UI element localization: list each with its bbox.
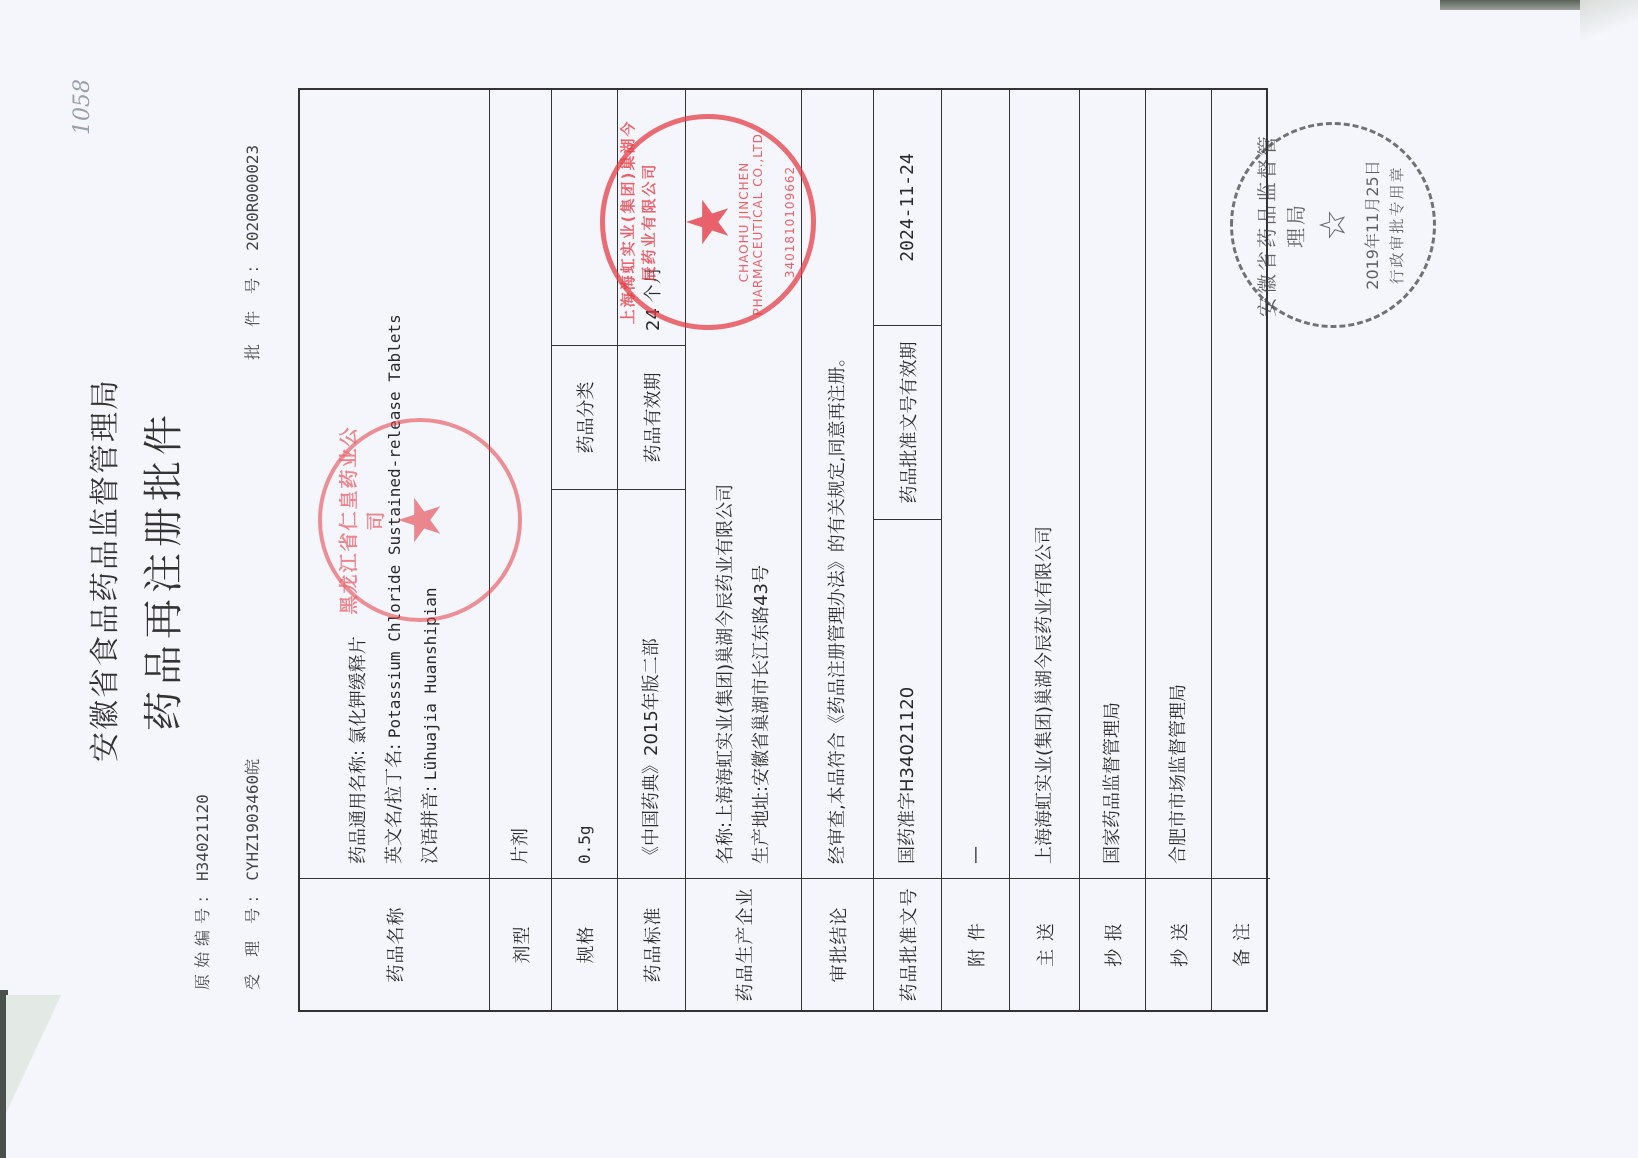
acceptance-number-label: 受 理 号: <box>243 890 262 990</box>
pinyin-name: 汉语拼音: Lühuajia Huanshipian <box>413 90 449 864</box>
approval-expiry-label: 药品批准文号有效期 <box>874 326 941 520</box>
acceptance-number-value: CYHZ1903460皖 <box>243 759 262 881</box>
original-number-value: H34021120 <box>193 794 212 881</box>
row-conclusion: 审批结论 经审查,本品符合《药品注册管理办法》的有关规定,同意再注册。 <box>802 90 874 1010</box>
attachment-label: 附 件 <box>942 878 1009 1010</box>
validity-value: 24 个月 <box>618 90 685 346</box>
conclusion-value: 经审查,本品符合《药品注册管理办法》的有关规定,同意再注册。 <box>802 90 873 864</box>
approval-number-value: 2020R000023 <box>243 145 262 251</box>
remarks-label: 备 注 <box>1212 878 1270 1010</box>
manufacturer-address: 生产地址:安徽省巢湖市长江东路43号 <box>744 90 780 864</box>
dosage-form-value: 片剂 <box>490 90 551 864</box>
original-number: 原始编号: H34021120 <box>190 794 213 990</box>
english-name-label: 英文名/拉丁名: <box>384 744 405 864</box>
approval-number: 批 件 号: 2020R000023 <box>240 145 263 360</box>
row-report-to: 抄 报 国家药品监督管理局 <box>1080 90 1146 1010</box>
conclusion-label: 审批结论 <box>802 878 873 1010</box>
report-to-label: 抄 报 <box>1080 878 1145 1010</box>
generic-name-value: 氯化钾缓释片 <box>348 636 369 744</box>
manufacturer-label: 药品生产企业 <box>686 878 801 1010</box>
approval-number-label: 批 件 号: <box>243 260 262 360</box>
row-attachment: 附 件 — <box>942 90 1010 1010</box>
row-approval-doc: 药品批准文号 国药准字H34021120 药品批准文号有效期 2024-11-2… <box>874 90 942 1010</box>
manufacturer-name: 名称:上海海虹实业(集团)巢湖今辰药业有限公司 <box>708 90 744 864</box>
row-drug-name: 药品名称 药品通用名称: 氯化钾缓释片 英文名/拉丁名: Potassium C… <box>300 90 490 1010</box>
original-number-label: 原始编号: <box>193 891 212 990</box>
document-title: 药品再注册批件 <box>132 20 189 1120</box>
row-manufacturer: 药品生产企业 名称:上海海虹实业(集团)巢湖今辰药业有限公司 生产地址:安徽省巢… <box>686 90 802 1010</box>
category-label: 药品分类 <box>552 346 617 490</box>
row-standard: 药品标准 《中国药典》2015年版二部 药品有效期 24 个月 <box>618 90 686 1010</box>
english-name-value: Potassium Chloride Sustained-release Tab… <box>385 314 404 738</box>
scan-edge-corner <box>1580 0 1638 40</box>
approval-table: 药品名称 药品通用名称: 氯化钾缓释片 英文名/拉丁名: Potassium C… <box>298 88 1268 1012</box>
issuing-agency: 安徽省食品药品监督管理局 <box>80 20 124 1120</box>
dosage-form-label: 剂型 <box>490 878 551 1010</box>
remarks-value <box>1212 90 1270 864</box>
row-dosage-form: 剂型 片剂 <box>490 90 552 1010</box>
validity-label: 药品有效期 <box>618 346 685 490</box>
attachment-value: — <box>942 90 1009 864</box>
acceptance-number: 受 理 号: CYHZ1903460皖 <box>240 759 263 990</box>
report-to-value: 国家药品监督管理局 <box>1080 90 1145 864</box>
generic-name: 药品通用名称: 氯化钾缓释片 <box>341 90 377 864</box>
standard-label: 药品标准 <box>618 878 685 1010</box>
english-name: 英文名/拉丁名: Potassium Chloride Sustained-re… <box>377 90 413 864</box>
copy-to-value: 合肥市市场监督管理局 <box>1146 90 1211 864</box>
agency-seal-use: 行政审批专用章 <box>1386 125 1407 325</box>
generic-name-label: 药品通用名称: <box>348 750 369 864</box>
approval-document: 1058 安徽省食品药品监督管理局 药品再注册批件 原始编号: H3402112… <box>40 20 1440 1120</box>
category-value <box>552 90 617 346</box>
approval-expiry-value: 2024-11-24 <box>874 90 941 326</box>
row-remarks: 备 注 <box>1212 90 1270 1010</box>
manufacturer-values: 名称:上海海虹实业(集团)巢湖今辰药业有限公司 生产地址:安徽省巢湖市长江东路4… <box>686 90 801 864</box>
pinyin-label: 汉语拼音: <box>420 786 441 864</box>
drug-name-values: 药品通用名称: 氯化钾缓释片 英文名/拉丁名: Potassium Chlori… <box>300 90 489 864</box>
row-specification: 规格 0.5g 药品分类 <box>552 90 618 1010</box>
row-copy-to: 抄 送 合肥市市场监督管理局 <box>1146 90 1212 1010</box>
agency-seal-date: 2019年11月25日 <box>1360 125 1383 325</box>
row-main-recipient: 主 送 上海海虹实业(集团)巢湖今辰药业有限公司 <box>1010 90 1080 1010</box>
main-recipient-label: 主 送 <box>1010 878 1079 1010</box>
pinyin-value: Lühuajia Huanshipian <box>421 588 440 781</box>
specification-label: 规格 <box>552 878 617 1010</box>
drug-name-label: 药品名称 <box>300 878 489 1010</box>
star-icon: ☆ <box>1313 209 1354 241</box>
copy-to-label: 抄 送 <box>1146 878 1211 1010</box>
approval-doc-label: 药品批准文号 <box>874 878 941 1010</box>
main-recipient-value: 上海海虹实业(集团)巢湖今辰药业有限公司 <box>1010 90 1079 864</box>
